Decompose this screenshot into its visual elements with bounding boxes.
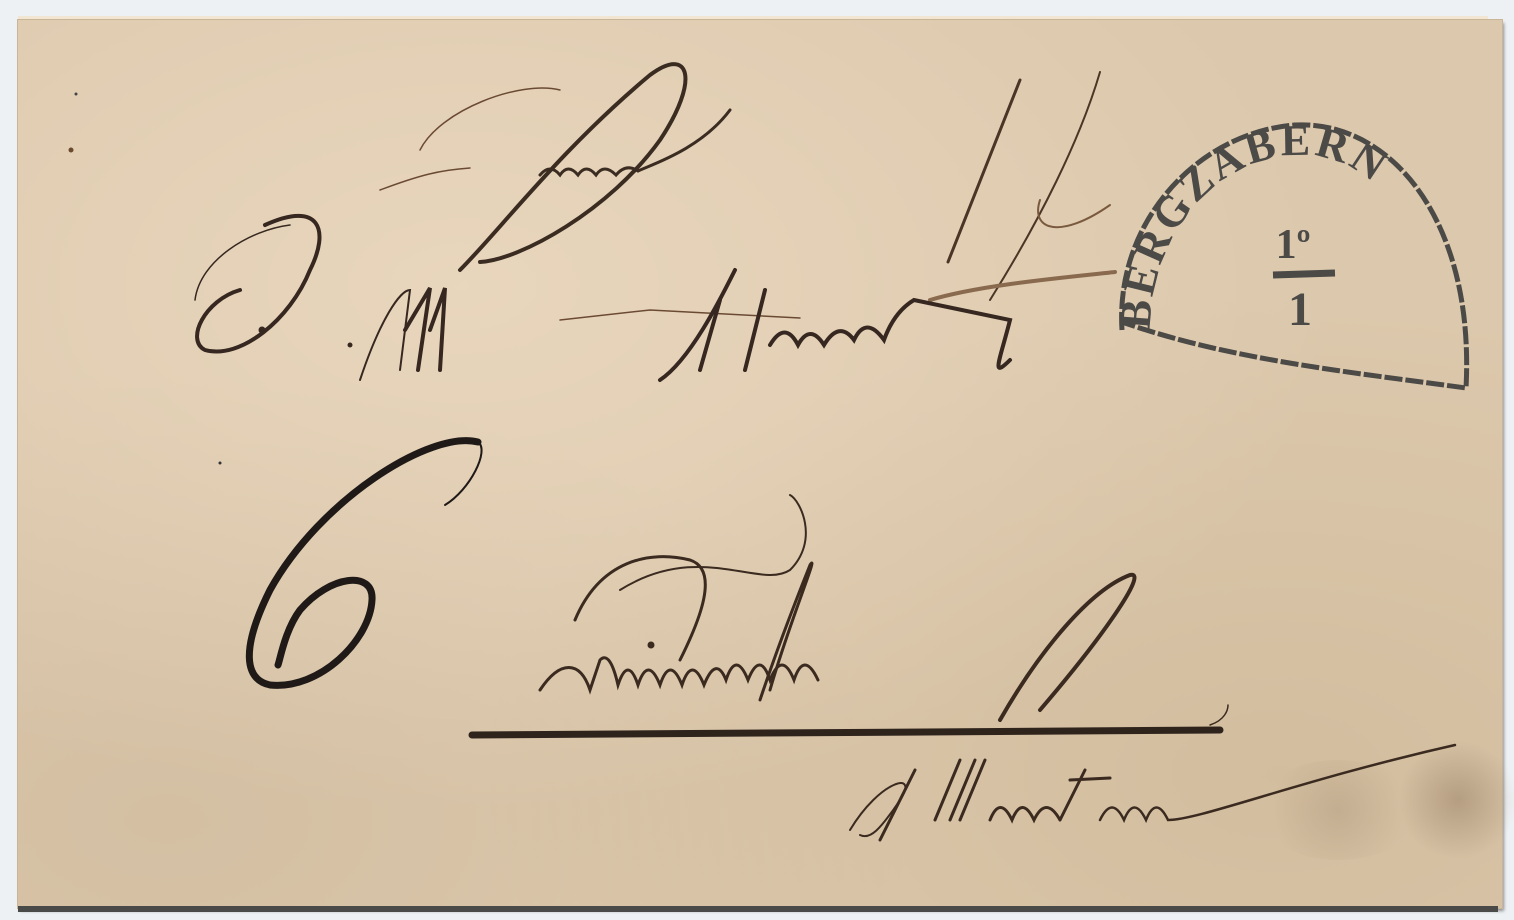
postmark-day: 1º <box>1276 222 1311 268</box>
manuscript-ink: BERGZABERN 1º 1 <box>0 0 1514 920</box>
destination-handwriting <box>472 495 1228 735</box>
speck <box>219 462 222 465</box>
postmark-month: 1 <box>1288 283 1312 336</box>
postage-due-handwriting <box>249 441 481 686</box>
rate-mark-handwriting <box>930 72 1115 300</box>
routing-note-handwriting <box>850 745 1455 840</box>
speck <box>69 148 74 153</box>
postmark-town: BERGZABERN <box>1110 116 1397 331</box>
postmark: BERGZABERN 1º 1 <box>1110 116 1466 388</box>
addressee-handwriting <box>195 216 1010 380</box>
salutation-handwriting <box>380 64 730 270</box>
speck <box>75 93 78 96</box>
